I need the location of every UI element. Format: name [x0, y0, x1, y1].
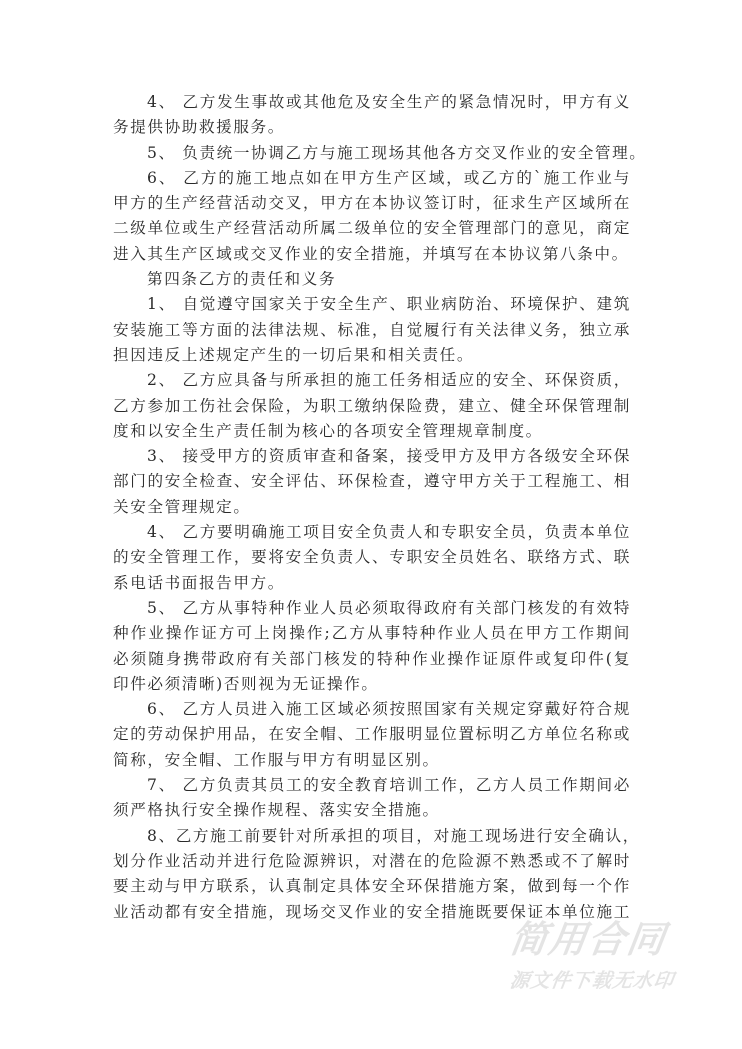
text-line: 6、 乙方人员进入施工区域必须按照国家有关规定穿戴好符合规: [113, 697, 631, 722]
text-line: 须严格执行安全操作规程、落实安全措施。: [113, 798, 631, 823]
paragraph-party-b-item-5: 5、 乙方从事特种作业人员必须取得政府有关部门核发的有效特 种作业操作证方可上岗…: [113, 596, 631, 697]
text-line: 5、 乙方从事特种作业人员必须取得政府有关部门核发的有效特: [113, 596, 631, 621]
text-line: 6、 乙方的施工地点如在甲方生产区域，或乙方的`施工作业与: [113, 166, 631, 191]
paragraph-party-b-item-4: 4、 乙方要明确施工项目安全负责人和专职安全员，负责本单位 的安全管理工作，要将…: [113, 520, 631, 596]
text-line: 3、 接受甲方的资质审查和备案，接受甲方及甲方各级安全环保: [113, 444, 631, 469]
paragraph-party-b-item-7: 7、 乙方负责其员工的安全教育培训工作，乙方人员工作期间必 须严格执行安全操作规…: [113, 773, 631, 824]
text-line: 进入其生产区域或交叉作业的安全措施，并填写在本协议第八条中。: [113, 242, 631, 267]
paragraph-party-a-item-5: 5、 负责统一协调乙方与施工现场其他各方交叉作业的安全管理。: [113, 141, 631, 166]
paragraph-party-b-item-8: 8、乙方施工前要针对所承担的项目，对施工现场进行安全确认， 划分作业活动并进行危…: [113, 824, 631, 925]
text-line: 二级单位或生产经营活动所属二级单位的安全管理部门的意见，商定: [113, 216, 631, 241]
text-line: 系电话书面报告甲方。: [113, 571, 631, 596]
text-line: 2、 乙方应具备与所承担的施工任务相适应的安全、环保资质，: [113, 368, 631, 393]
text-line: 4、 乙方发生事故或其他危及安全生产的紧急情况时，甲方有义: [113, 90, 631, 115]
text-line: 7、 乙方负责其员工的安全教育培训工作，乙方人员工作期间必: [113, 773, 631, 798]
text-line: 定的劳动保护用品，在安全帽、工作服明显位置标明乙方单位名称或: [113, 722, 631, 747]
text-line: 度和以安全生产责任制为核心的各项安全管理规章制度。: [113, 419, 631, 444]
text-line: 要主动与甲方联系，认真制定具体安全环保措施方案，做到每一个作: [113, 874, 631, 899]
text-line: 安装施工等方面的法律法规、标准，自觉履行有关法律义务，独立承: [113, 318, 631, 343]
text-line: 1、 自觉遵守国家关于安全生产、职业病防治、环境保护、建筑: [113, 292, 631, 317]
section-heading-article-4: 第四条乙方的责任和义务: [113, 267, 631, 292]
text-line: 划分作业活动并进行危险源辨识，对潜在的危险源不熟悉或不了解时: [113, 849, 631, 874]
text-line: 务提供协助救援服务。: [113, 115, 631, 140]
text-line: 简称，安全帽、工作服与甲方有明显区别。: [113, 748, 631, 773]
text-line: 部门的安全检查、安全评估、环保检查，遵守甲方关于工程施工、相: [113, 469, 631, 494]
paragraph-party-a-item-6: 6、 乙方的施工地点如在甲方生产区域，或乙方的`施工作业与 甲方的生产经营活动交…: [113, 166, 631, 267]
paragraph-party-a-item-4: 4、 乙方发生事故或其他危及安全生产的紧急情况时，甲方有义 务提供协助救援服务。: [113, 90, 631, 141]
text-line: 担因违反上述规定产生的一切后果和相关责任。: [113, 343, 631, 368]
text-line: 关安全管理规定。: [113, 495, 631, 520]
text-line: 种作业操作证方可上岗操作;乙方从事特种作业人员在甲方工作期间: [113, 621, 631, 646]
text-line: 甲方的生产经营活动交叉，甲方在本协议签订时，征求生产区域所在: [113, 191, 631, 216]
text-line: 8、乙方施工前要针对所承担的项目，对施工现场进行安全确认，: [113, 824, 631, 849]
paragraph-party-b-item-2: 2、 乙方应具备与所承担的施工任务相适应的安全、环保资质， 乙方参加工伤社会保险…: [113, 368, 631, 444]
watermark: 简用合同 源文件下载无水印: [510, 918, 690, 994]
text-line: 的安全管理工作，要将安全负责人、专职安全员姓名、联络方式、联: [113, 545, 631, 570]
text-line: 4、 乙方要明确施工项目安全负责人和专职安全员，负责本单位: [113, 520, 631, 545]
watermark-subtitle: 源文件下载无水印: [508, 968, 692, 994]
paragraph-party-b-item-1: 1、 自觉遵守国家关于安全生产、职业病防治、环境保护、建筑 安装施工等方面的法律…: [113, 292, 631, 368]
paragraph-party-b-item-3: 3、 接受甲方的资质审查和备案，接受甲方及甲方各级安全环保 部门的安全检查、安全…: [113, 444, 631, 520]
text-line: 5、 负责统一协调乙方与施工现场其他各方交叉作业的安全管理。: [113, 141, 631, 166]
text-line: 印件必须清晰)否则视为无证操作。: [113, 672, 631, 697]
paragraph-party-b-item-6: 6、 乙方人员进入施工区域必须按照国家有关规定穿戴好符合规 定的劳动保护用品，在…: [113, 697, 631, 773]
text-line: 必须随身携带政府有关部门核发的特种作业操作证原件或复印件(复: [113, 647, 631, 672]
text-line: 乙方参加工伤社会保险，为职工缴纳保险费，建立、健全环保管理制: [113, 394, 631, 419]
heading-text: 第四条乙方的责任和义务: [113, 267, 631, 292]
text-line: 业活动都有安全措施，现场交叉作业的安全措施既要保证本单位施工: [113, 900, 631, 925]
document-page: 4、 乙方发生事故或其他危及安全生产的紧急情况时，甲方有义 务提供协助救援服务。…: [113, 90, 631, 925]
